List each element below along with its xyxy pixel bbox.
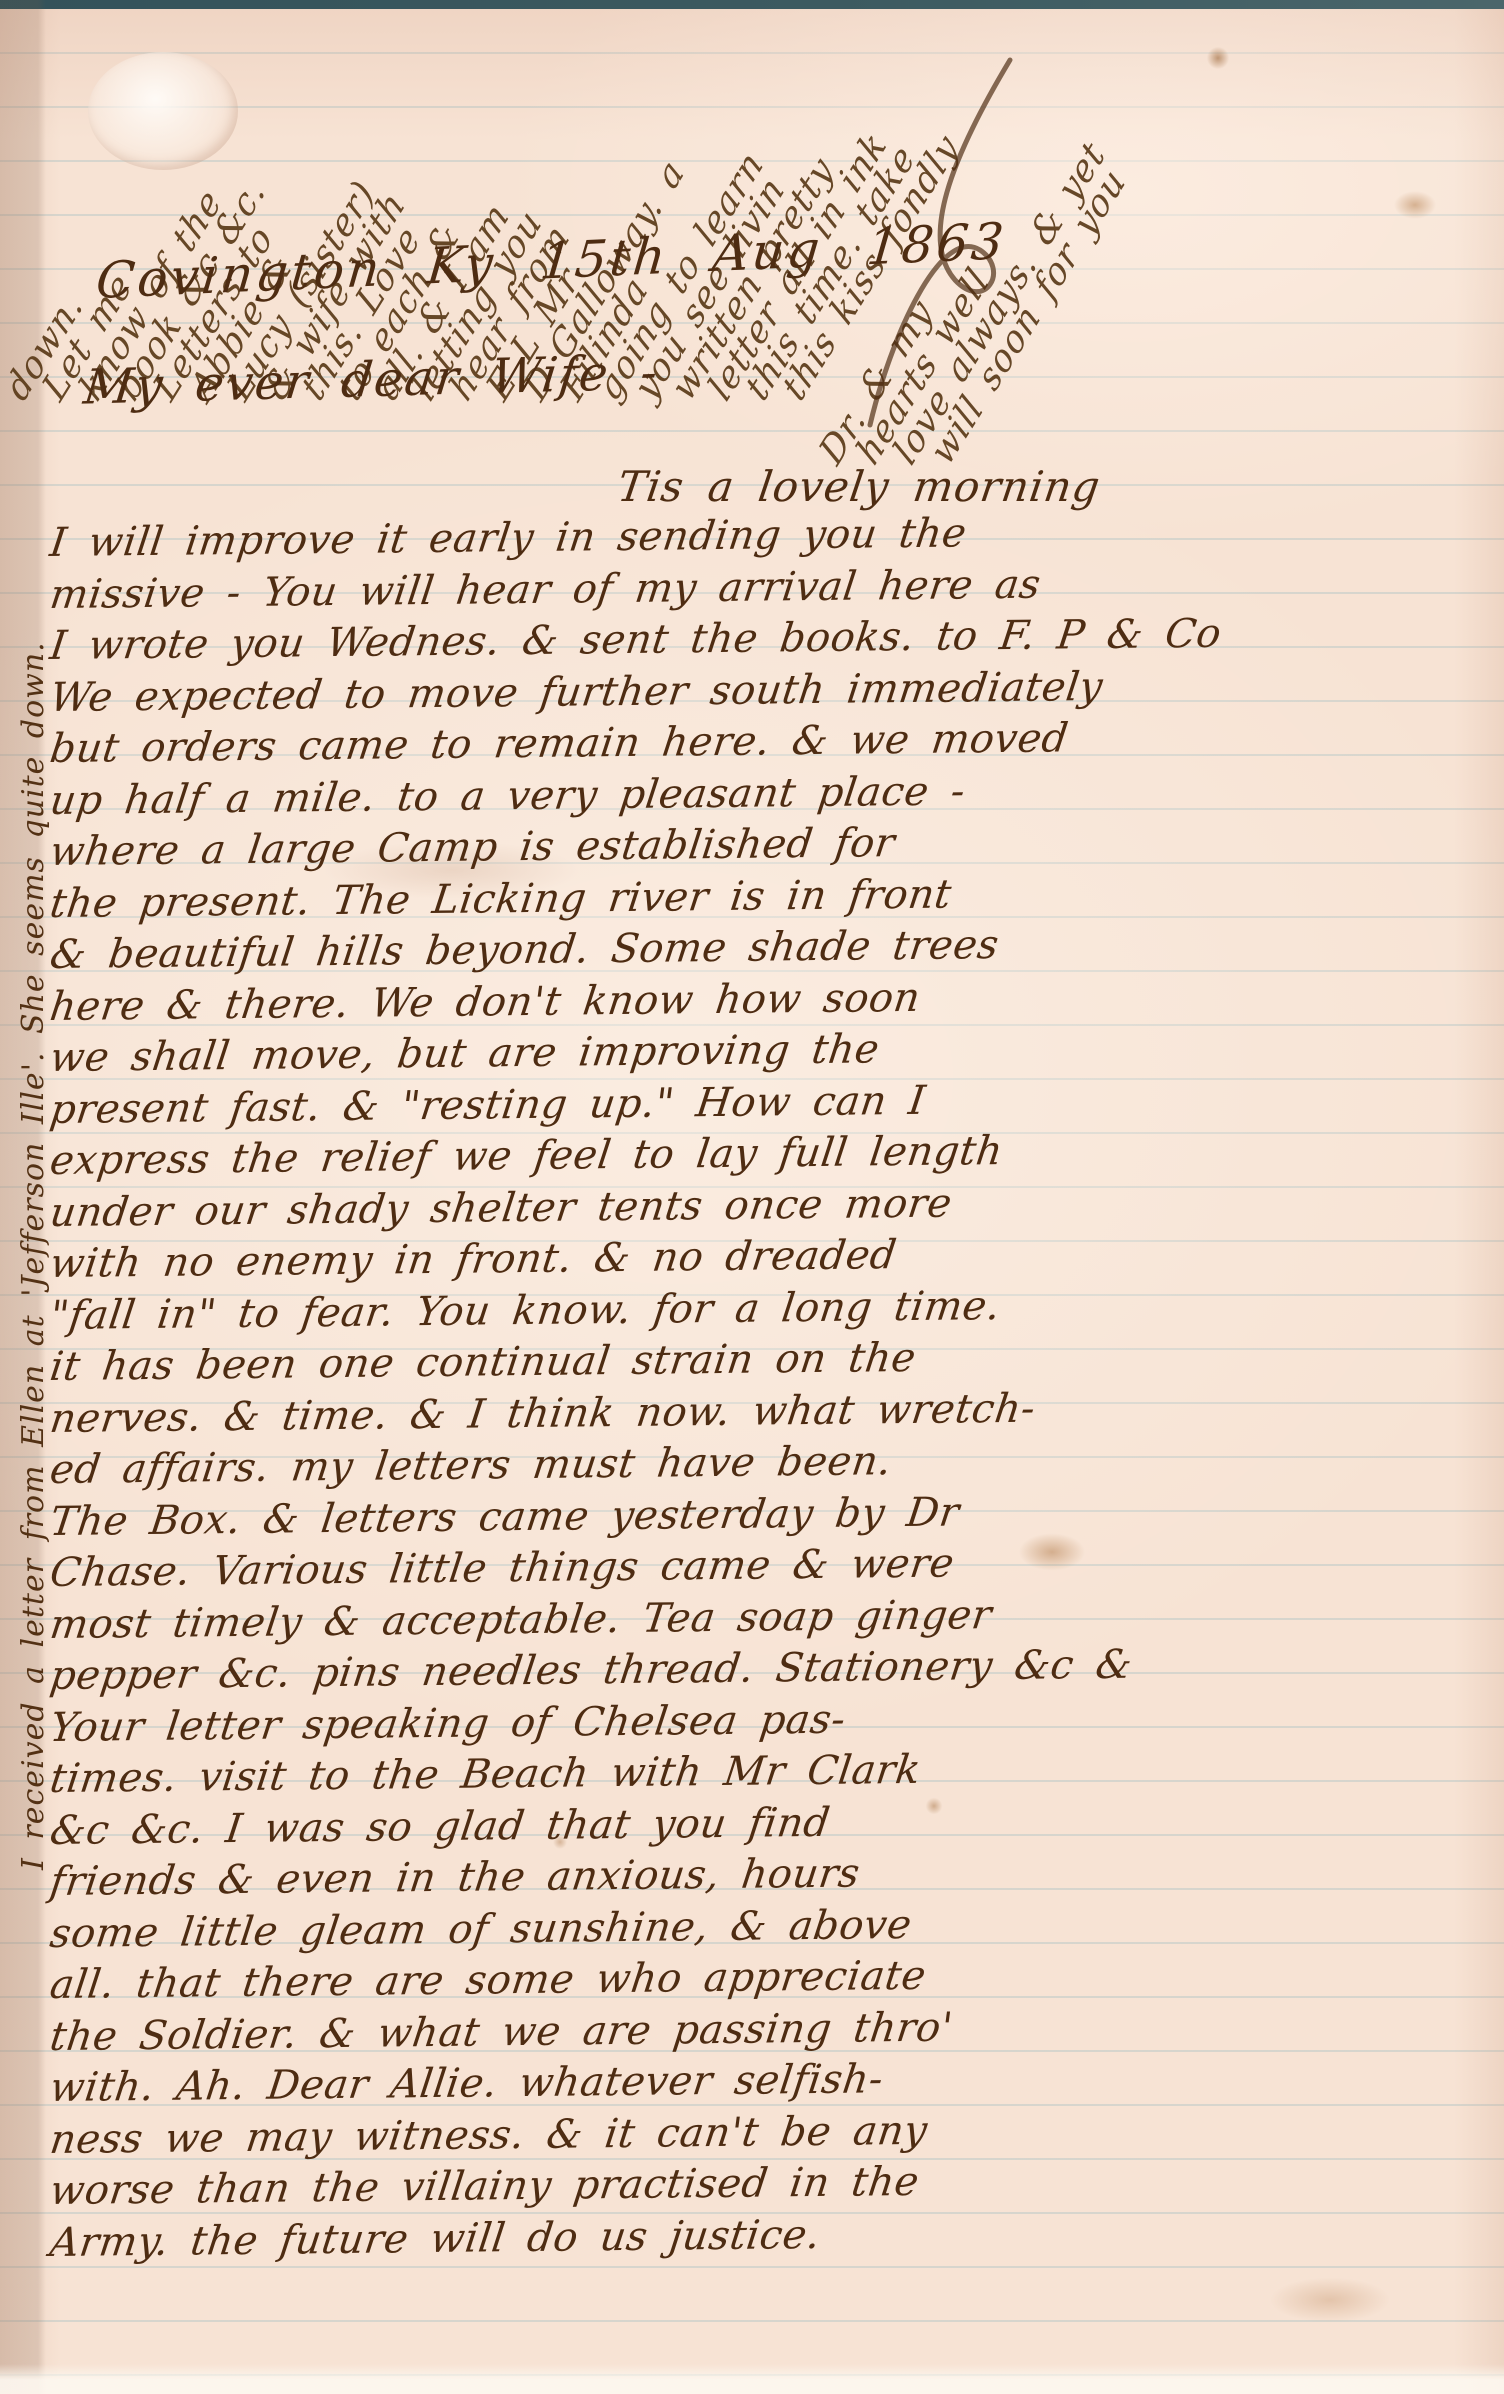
opening-line: Tis a lovely morning bbox=[615, 462, 1104, 511]
letter-body: I will improve it early in sending you t… bbox=[50, 520, 1504, 2271]
margin-note: I received a letter from Ellen at 'Jeffe… bbox=[16, 641, 51, 1870]
letter-page: down.Let meknow of thebook &c &c.Letters… bbox=[0, 0, 1504, 2394]
